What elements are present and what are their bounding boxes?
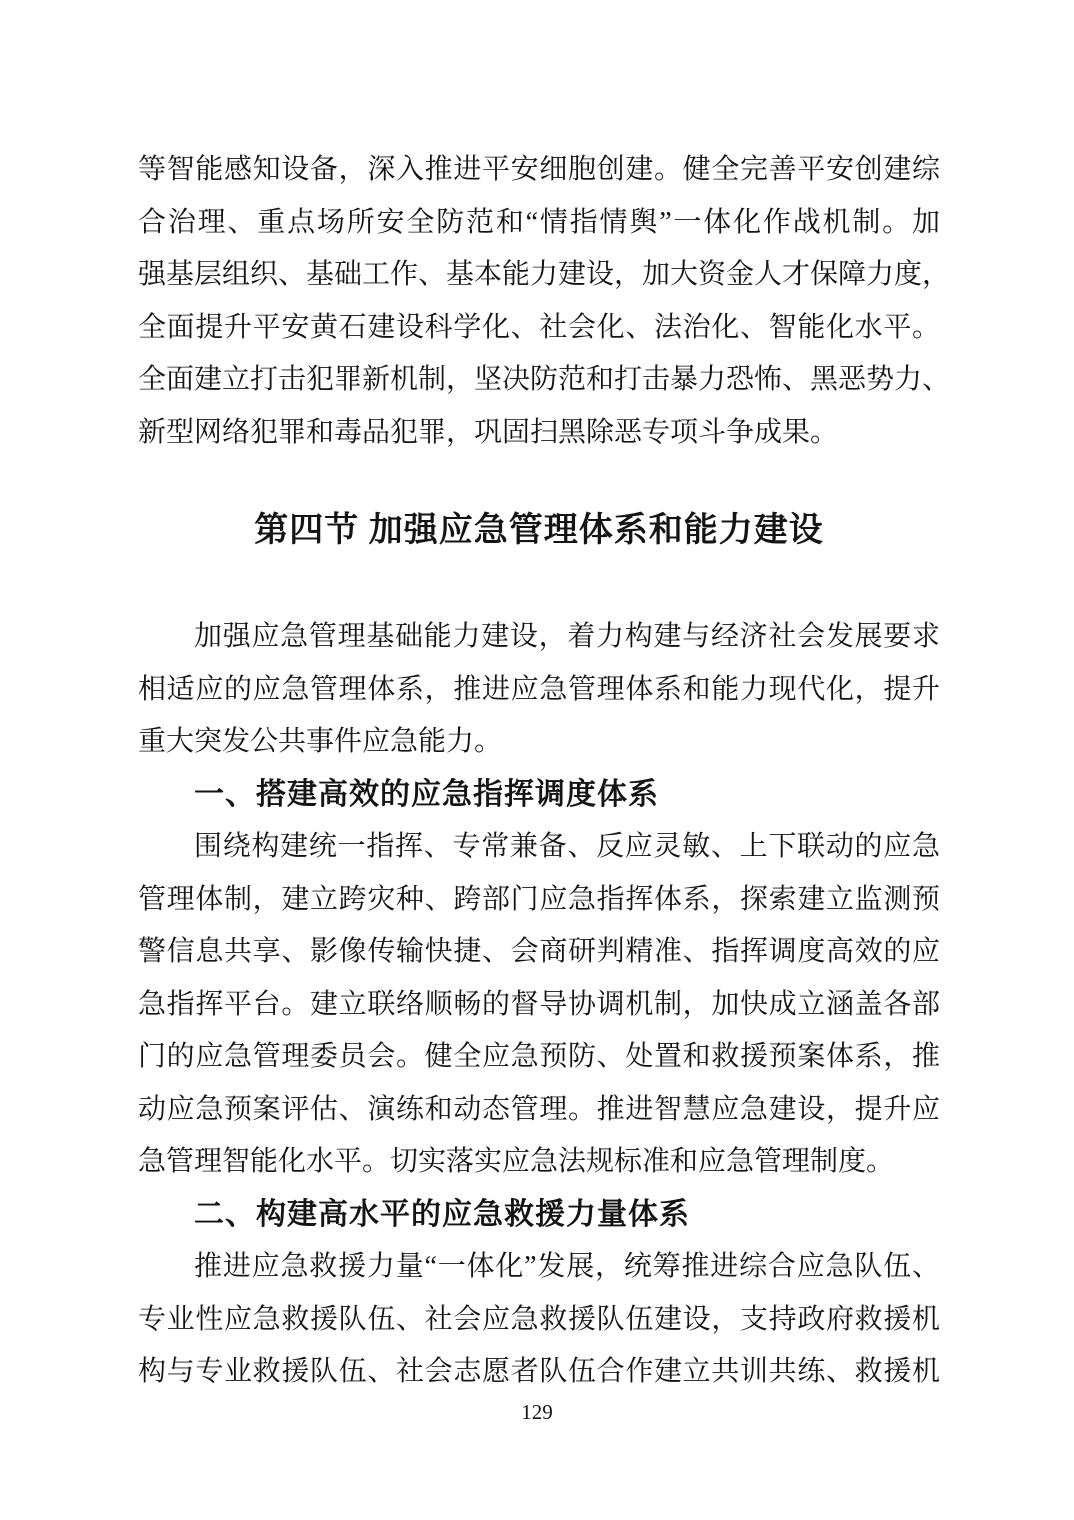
body-text-line: 推进应急救援力量“一体化”发展，统筹推进综合应急队伍、 xyxy=(138,1241,940,1294)
paragraph-subsection-1: 围绕构建统一指挥、专常兼备、反应灵敏、上下联动的应急 管理体制，建立跨灾种、跨部… xyxy=(138,821,940,1189)
body-text-line: 等智能感知设备，深入推进平安细胞创建。健全完善平安创建综 xyxy=(138,144,940,197)
paragraph-intro: 加强应急管理基础能力建设，着力构建与经济社会发展要求 相适应的应急管理体系，推进… xyxy=(138,611,940,769)
subsection-heading-1: 一、搭建高效的应急指挥调度体系 xyxy=(138,769,940,822)
body-text-line: 围绕构建统一指挥、专常兼备、反应灵敏、上下联动的应急 xyxy=(138,821,940,874)
document-page: 等智能感知设备，深入推进平安细胞创建。健全完善平安创建综 合治理、重点场所安全防… xyxy=(0,0,1074,1520)
body-text-line: 合治理、重点场所安全防范和“情指情舆”一体化作战机制。加 xyxy=(138,197,940,250)
body-text-line: 急指挥平台。建立联络顺畅的督导协调机制，加快成立涵盖各部 xyxy=(138,979,940,1032)
body-text-line: 警信息共享、影像传输快捷、会商研判精准、指挥调度高效的应 xyxy=(138,926,940,979)
body-text-line: 强基层组织、基础工作、基本能力建设，加大资金人才保障力度， xyxy=(138,249,940,302)
paragraph-continuation: 等智能感知设备，深入推进平安细胞创建。健全完善平安创建综 合治理、重点场所安全防… xyxy=(138,144,940,459)
page-number: 129 xyxy=(0,1400,1074,1425)
body-text-line: 全面提升平安黄石建设科学化、社会化、法治化、智能化水平。 xyxy=(138,302,940,355)
body-text-line: 管理体制，建立跨灾种、跨部门应急指挥体系，探索建立监测预 xyxy=(138,874,940,927)
body-text-line: 新型网络犯罪和毒品犯罪，巩固扫黑除恶专项斗争成果。 xyxy=(138,407,940,460)
paragraph-subsection-2: 推进应急救援力量“一体化”发展，统筹推进综合应急队伍、 专业性应急救援队伍、社会… xyxy=(138,1241,940,1399)
body-text-line: 急管理智能化水平。切实落实应急法规标准和应急管理制度。 xyxy=(138,1136,940,1189)
page-content: 等智能感知设备，深入推进平安细胞创建。健全完善平安创建综 合治理、重点场所安全防… xyxy=(0,0,1074,1399)
body-text-line: 重大突发公共事件应急能力。 xyxy=(138,716,940,769)
body-text-line: 加强应急管理基础能力建设，着力构建与经济社会发展要求 xyxy=(138,611,940,664)
body-text-line: 相适应的应急管理体系，推进应急管理体系和能力现代化，提升 xyxy=(138,664,940,717)
body-text-line: 全面建立打击犯罪新机制，坚决防范和打击暴力恐怖、黑恶势力、 xyxy=(138,354,940,407)
subsection-heading-2: 二、构建高水平的应急救援力量体系 xyxy=(138,1189,940,1242)
body-text-line: 构与专业救援队伍、社会志愿者队伍合作建立共训共练、救援机 xyxy=(138,1346,940,1399)
body-text-line: 专业性应急救援队伍、社会应急救援队伍建设，支持政府救援机 xyxy=(138,1294,940,1347)
body-text-line: 门的应急管理委员会。健全应急预防、处置和救援预案体系，推 xyxy=(138,1031,940,1084)
body-text-line: 动应急预案评估、演练和动态管理。推进智慧应急建设，提升应 xyxy=(138,1084,940,1137)
section-heading: 第四节 加强应急管理体系和能力建设 xyxy=(138,503,940,559)
